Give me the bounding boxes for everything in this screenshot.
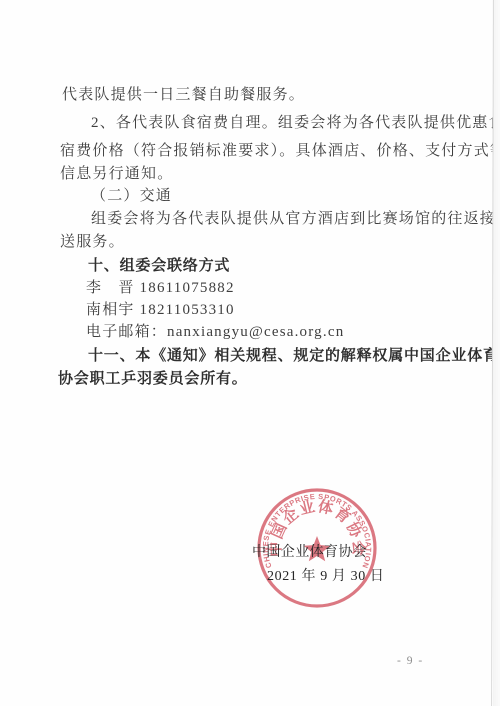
section-heading-contacts: 十、组委会联络方式: [88, 258, 230, 273]
signature-organization: 中国企业体育协会: [252, 541, 367, 561]
section-heading-rights: 十一、本《通知》相关规程、规定的解释权属中国企业体育: [88, 348, 499, 363]
document-line: 组委会将为各代表队提供从官方酒店到比赛场馆的往返接: [91, 212, 496, 227]
document-line: 信息另行通知。: [60, 167, 173, 182]
signature-date: 2021 年 9 月 30 日: [267, 565, 385, 585]
contact-line: 李 晋 18611075882: [86, 281, 235, 296]
document-line: 代表队提供一日三餐自助餐服务。: [62, 88, 305, 103]
page-edge-shadow: [493, 0, 500, 706]
page-number: - 9 -: [397, 655, 424, 667]
document-line: 宿费价格（符合报销标准要求）。具体酒店、价格、支付方式等: [60, 144, 500, 159]
document-line: 2、各代表队食宿费自理。组委会将为各代表队提供优惠食、: [91, 116, 500, 131]
document-line: （二）交通: [91, 189, 172, 204]
document-page: 代表队提供一日三餐自助餐服务。 2、各代表队食宿费自理。组委会将为各代表队提供优…: [0, 0, 500, 706]
contact-email-line: 电子邮箱：nanxiangyu@cesa.org.cn: [86, 325, 344, 340]
contact-line: 南相宇 18211053310: [86, 303, 235, 318]
document-line: 送服务。: [60, 235, 125, 250]
document-line: 协会职工乒羽委员会所有。: [58, 371, 248, 386]
